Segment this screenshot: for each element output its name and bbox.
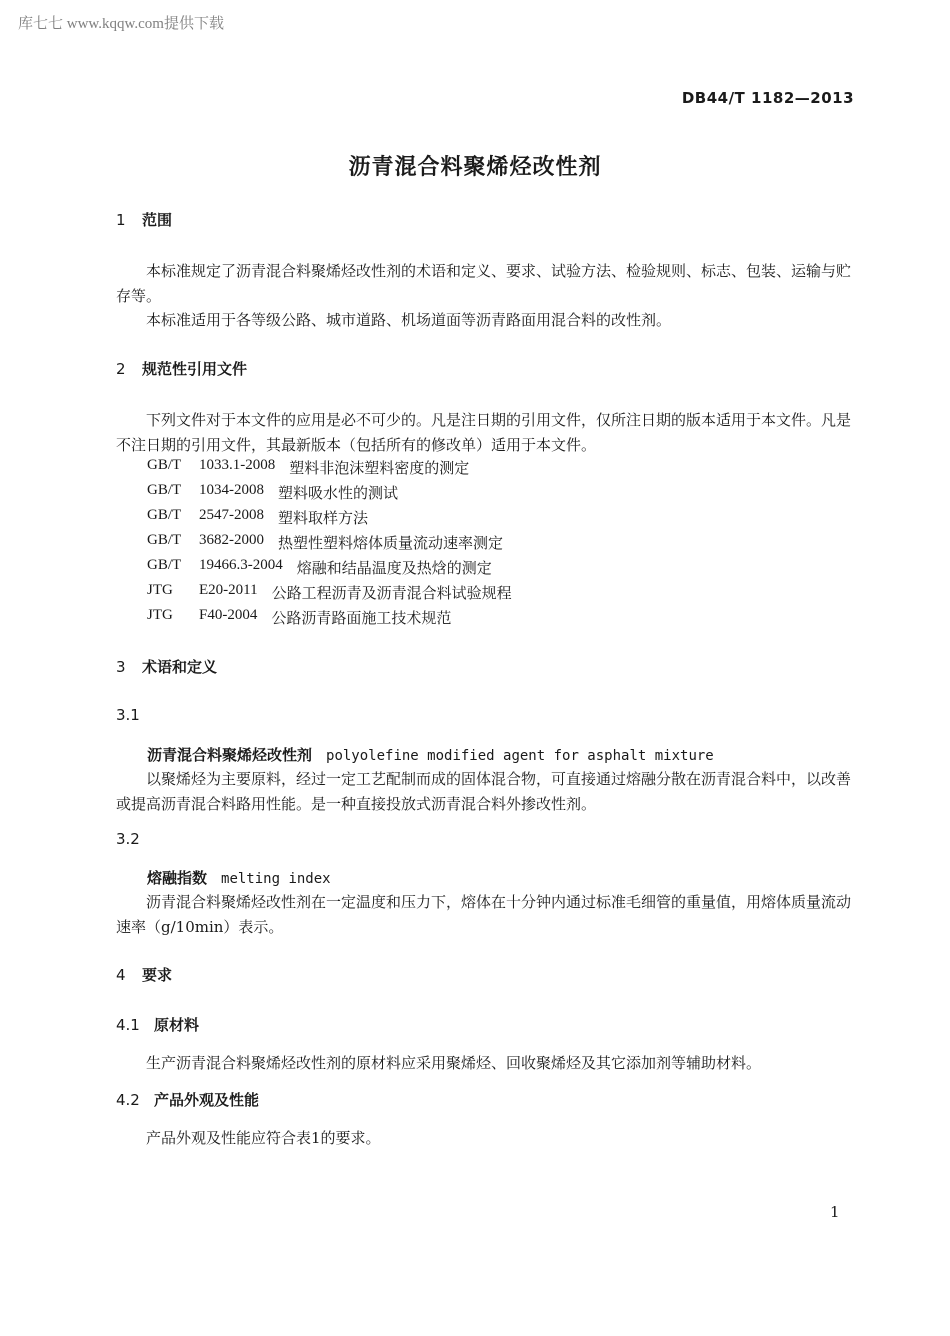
section-title: 要求 xyxy=(142,966,172,984)
reference-name: 熔融和结晶温度及热焓的测定 xyxy=(297,557,492,582)
reference-name: 塑料取样方法 xyxy=(278,507,368,532)
subsection-4-2-text: 产品外观及性能应符合表1的要求。 xyxy=(146,1126,381,1151)
reference-code: 1033.1-2008 xyxy=(199,457,275,482)
section-number: 1 xyxy=(116,211,142,229)
section-1-heading: 1范围 xyxy=(116,209,172,230)
subsection-number: 4.2 xyxy=(116,1091,154,1109)
reference-prefix: JTG xyxy=(147,582,199,607)
reference-prefix: GB/T xyxy=(147,507,199,532)
reference-code: 2547-2008 xyxy=(199,507,264,532)
reference-item: GB/T 2547-2008 塑料取样方法 xyxy=(147,507,512,532)
reference-item: GB/T 19466.3-2004 熔融和结晶温度及热焓的测定 xyxy=(147,557,512,582)
reference-prefix: GB/T xyxy=(147,532,199,557)
reference-prefix: GB/T xyxy=(147,482,199,507)
subsection-4-1-text: 生产沥青混合料聚烯烃改性剂的原材料应采用聚烯烃、回收聚烯烃及其它添加剂等辅助材料… xyxy=(146,1051,761,1076)
reference-item: GB/T 1034-2008 塑料吸水性的测试 xyxy=(147,482,512,507)
section-2-heading: 2规范性引用文件 xyxy=(116,358,247,379)
reference-name: 公路沥青路面施工技术规范 xyxy=(271,607,451,632)
term-3-1-number: 3.1 xyxy=(116,706,140,724)
reference-item: JTG E20-2011 公路工程沥青及沥青混合料试验规程 xyxy=(147,582,512,607)
section-4-heading: 4要求 xyxy=(116,964,172,985)
reference-prefix: JTG xyxy=(147,607,199,632)
reference-item: JTG F40-2004 公路沥青路面施工技术规范 xyxy=(147,607,512,632)
section-title: 规范性引用文件 xyxy=(142,360,247,378)
section-number: 4 xyxy=(116,966,142,984)
section-title: 术语和定义 xyxy=(142,658,217,676)
reference-name: 热塑性塑料熔体质量流动速率测定 xyxy=(278,532,503,557)
section-3-heading: 3术语和定义 xyxy=(116,656,217,677)
reference-code: 19466.3-2004 xyxy=(199,557,283,582)
scope-paragraph-1: 本标准规定了沥青混合料聚烯烃改性剂的术语和定义、要求、试验方法、检验规则、标志、… xyxy=(116,259,856,309)
subsection-title: 原材料 xyxy=(154,1016,199,1034)
scope-paragraph-2: 本标准适用于各等级公路、城市道路、机场道面等沥青路面用混合料的改性剂。 xyxy=(116,308,856,333)
document-number: DB44/T 1182—2013 xyxy=(682,89,854,107)
section-number: 2 xyxy=(116,360,142,378)
subsection-number: 4.1 xyxy=(116,1016,154,1034)
references-intro: 下列文件对于本文件的应用是必不可少的。凡是注日期的引用文件，仅所注日期的版本适用… xyxy=(116,408,856,458)
term-english: polyolefine modified agent for asphalt m… xyxy=(326,748,714,764)
document-title: 沥青混合料聚烯烃改性剂 xyxy=(0,150,950,181)
reference-prefix: GB/T xyxy=(147,457,199,482)
term-3-2-definition: 沥青混合料聚烯烃改性剂在一定温度和压力下，熔体在十分钟内通过标准毛细管的重量值，… xyxy=(116,890,856,940)
subsection-title: 产品外观及性能 xyxy=(154,1091,259,1109)
reference-item: GB/T 1033.1-2008 塑料非泡沫塑料密度的测定 xyxy=(147,457,512,482)
reference-code: E20-2011 xyxy=(199,582,258,607)
term-3-2-heading: 熔融指数melting index xyxy=(147,867,331,888)
term-3-2-number: 3.2 xyxy=(116,830,140,848)
page-number: 1 xyxy=(830,1203,840,1221)
section-title: 范围 xyxy=(142,211,172,229)
term-english: melting index xyxy=(221,871,331,887)
subsection-4-2-heading: 4.2产品外观及性能 xyxy=(116,1089,259,1110)
watermark: 库七七 www.kqqw.com提供下载 xyxy=(18,12,224,33)
reference-code: 3682-2000 xyxy=(199,532,264,557)
reference-code: F40-2004 xyxy=(199,607,257,632)
reference-name: 塑料非泡沫塑料密度的测定 xyxy=(289,457,469,482)
section-number: 3 xyxy=(116,658,142,676)
term-3-1-definition: 以聚烯烃为主要原料，经过一定工艺配制而成的固体混合物，可直接通过熔融分散在沥青混… xyxy=(116,767,856,817)
reference-name: 公路工程沥青及沥青混合料试验规程 xyxy=(272,582,512,607)
reference-item: GB/T 3682-2000 热塑性塑料熔体质量流动速率测定 xyxy=(147,532,512,557)
reference-name: 塑料吸水性的测试 xyxy=(278,482,398,507)
term-chinese: 沥青混合料聚烯烃改性剂 xyxy=(147,746,312,764)
term-3-1-heading: 沥青混合料聚烯烃改性剂polyolefine modified agent fo… xyxy=(147,744,714,765)
reference-list: GB/T 1033.1-2008 塑料非泡沫塑料密度的测定 GB/T 1034-… xyxy=(147,457,512,632)
reference-code: 1034-2008 xyxy=(199,482,264,507)
term-chinese: 熔融指数 xyxy=(147,869,207,887)
subsection-4-1-heading: 4.1原材料 xyxy=(116,1014,199,1035)
reference-prefix: GB/T xyxy=(147,557,199,582)
